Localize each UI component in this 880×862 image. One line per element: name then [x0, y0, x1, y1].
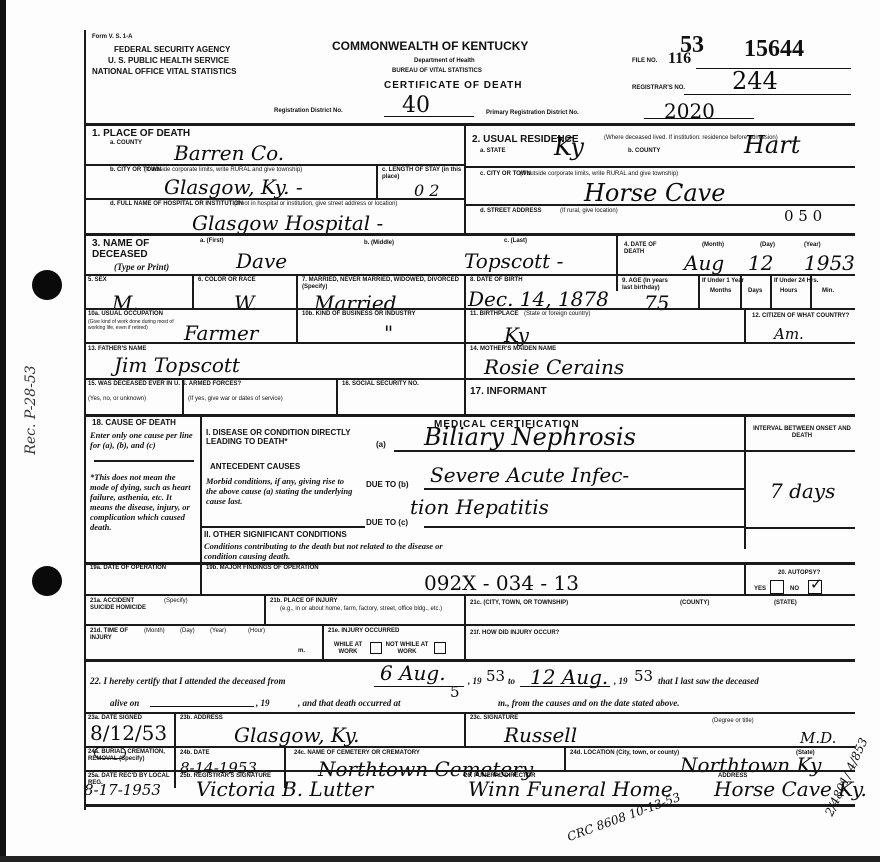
- year-prefix-2: , 19: [614, 676, 628, 686]
- autopsy-no-label: NO: [790, 586, 799, 593]
- funeral-director: Winn Funeral Home: [468, 778, 673, 800]
- last-name: Topscott -: [464, 250, 563, 272]
- state-title: COMMONWEALTH OF KENTUCKY: [332, 40, 528, 53]
- department: Department of Health: [414, 58, 475, 65]
- street-note: (If rural, give location): [560, 208, 618, 215]
- icd-code: 092X - 034 - 13: [424, 572, 579, 594]
- physician-address: Glasgow, Ky.: [234, 724, 360, 746]
- stay-label: c. LENGTH OF STAY (in this place): [382, 167, 462, 181]
- punch-hole-top: [32, 270, 62, 300]
- certify-text-4: , 19: [256, 698, 270, 708]
- residence-county: Hart: [744, 134, 800, 156]
- race: W.: [234, 292, 257, 314]
- op-findings-label: 19b. MAJOR FINDINGS OF OPERATION: [206, 565, 319, 572]
- hospital-name: Glasgow Hospital -: [192, 212, 383, 234]
- birthplace-note: (State or foreign country): [524, 311, 590, 318]
- father-label: 13. FATHER'S NAME: [88, 346, 146, 353]
- attended-from-year: 53: [486, 668, 505, 685]
- death-time: 5: [450, 684, 460, 701]
- death-county: Barren Co.: [174, 142, 284, 164]
- county-label: a. COUNTY: [110, 140, 142, 147]
- punch-hole-bottom: [32, 566, 62, 596]
- age-label: 9. AGE (In years last birthday): [622, 278, 672, 292]
- first-name-label: a. (First): [200, 238, 224, 245]
- location-label: 24d. LOCATION (City, town, or county): [570, 750, 679, 757]
- citizen: Am.: [774, 326, 804, 343]
- middle-name-label: b. (Middle): [364, 240, 394, 247]
- cause-line-a: Biliary Nephrosis: [424, 426, 636, 448]
- due-to-c-label: DUE TO (c): [366, 518, 408, 527]
- registrar-no-label: REGISTRAR'S NO.: [632, 85, 685, 92]
- disease-label: I. DISEASE OR CONDITION DIRECTLY LEADING…: [206, 428, 356, 446]
- injury-occurred-label: 21e. INJURY OCCURRED: [328, 628, 399, 635]
- first-name: Dave: [236, 250, 287, 272]
- year-label: (Year): [804, 242, 821, 249]
- death-year: 1953: [804, 252, 855, 274]
- agency-line-3: NATIONAL OFFICE VITAL STATISTICS: [92, 67, 236, 76]
- signature-label: 23c. SIGNATURE: [470, 715, 518, 722]
- at-work-checkbox[interactable]: [370, 642, 382, 654]
- month-label: (Month): [702, 242, 724, 249]
- file-no: 116: [668, 50, 691, 68]
- injury-county-label: (COUNTY): [680, 600, 709, 607]
- residence-city-note: (If outside corporate limits, write RURA…: [520, 171, 678, 178]
- death-day: 12: [748, 252, 773, 274]
- age: 75: [644, 292, 669, 314]
- burial-circled-mark: [94, 747, 126, 759]
- certify-text-5: , and that death occurred at: [298, 698, 401, 708]
- cemetery-label: 24c. NAME OF CEMETERY OR CREMATORY: [294, 750, 420, 757]
- to-label: to: [508, 676, 515, 686]
- date-received: 8-17-1953: [84, 782, 161, 799]
- primary-district-label: Primary Registration District No.: [486, 110, 579, 117]
- certificate-form: Form V. S. 1-A FEDERAL SECURITY AGENCY U…: [84, 30, 855, 830]
- file-no-label: FILE NO.: [632, 58, 657, 65]
- informant-label: 17. INFORMANT: [470, 386, 547, 397]
- armed-forces-note-2: (If yes, give war or dates of service): [188, 396, 283, 403]
- attended-from: 6 Aug.: [380, 662, 446, 684]
- year-prefix-1: , 19: [468, 676, 482, 686]
- industry-label: 10b. KIND OF BUSINESS OR INDUSTRY: [302, 311, 462, 318]
- degree-label: (Degree or title): [712, 718, 754, 725]
- injury-state-label: (STATE): [774, 600, 797, 607]
- time-of-injury-label: 21d. TIME OF INJURY: [90, 628, 140, 642]
- min-label: Min.: [822, 288, 834, 295]
- occupation-label: 10a. USUAL OCCUPATION: [88, 311, 163, 318]
- registration-district: 40: [402, 95, 430, 117]
- street-label: d. STREET ADDRESS: [480, 208, 541, 215]
- not-at-work-label: NOT WHILE AT WORK: [384, 642, 430, 656]
- months-label: Months: [710, 288, 731, 295]
- accident-label: 21a. ACCIDENT SUICIDE HOMICIDE: [90, 598, 160, 612]
- death-city: Glasgow, Ky. -: [164, 176, 303, 198]
- attended-to: 12 Aug.: [530, 666, 608, 688]
- citizen-label: 12. CITIZEN OF WHAT COUNTRY?: [752, 313, 852, 320]
- certify-text-3: alive on: [110, 698, 139, 708]
- time-year: (Year): [210, 628, 226, 635]
- autopsy-yes-checkbox[interactable]: [770, 580, 784, 594]
- form-number: Form V. S. 1-A: [92, 34, 132, 41]
- antecedent-label: ANTECEDENT CAUSES: [210, 462, 300, 471]
- hospital-note: (If not in hospital or institution, give…: [234, 201, 397, 208]
- due-to-b-label: DUE TO (b): [366, 480, 409, 489]
- bureau: BUREAU OF VITAL STATISTICS: [392, 68, 482, 75]
- interval-label: INTERVAL BETWEEN ONSET AND DEATH: [752, 426, 852, 440]
- time-month: (Month): [144, 628, 165, 635]
- marital-label: 7. MARRIED, NEVER MARRIED, WIDOWED, DIVO…: [302, 277, 462, 291]
- form-border-left: [84, 30, 86, 810]
- residence-state-label: a. STATE: [480, 148, 505, 155]
- cause-line-b: Severe Acute Infec-: [430, 464, 629, 486]
- sex-label: 5. SEX: [88, 277, 107, 284]
- registrar-signature: Victoria B. Lutter: [196, 778, 373, 800]
- place-of-injury-label: 21b. PLACE OF INJURY: [270, 598, 337, 605]
- residence-state: Ky: [554, 136, 584, 158]
- address-label: 23b. ADDRESS: [180, 715, 223, 722]
- line-a-label: (a): [376, 440, 386, 449]
- attended-to-year: 53: [634, 668, 653, 685]
- birthplace-label: 11. BIRTHPLACE: [470, 311, 518, 318]
- date-of-death-label: 4. DATE OF DEATH: [624, 242, 664, 256]
- time-hour: (Hour): [248, 628, 265, 635]
- scan-edge-bottom: [0, 856, 880, 862]
- registration-district-label: Registration District No.: [274, 108, 343, 115]
- not-at-work-checkbox[interactable]: [434, 642, 446, 654]
- date-signed: 8/12/53: [90, 722, 167, 744]
- armed-forces-label: 15. WAS DECEASED EVER IN U. S. ARMED FOR…: [88, 381, 288, 388]
- physician-signature: Russell: [504, 724, 577, 746]
- autopsy-check-mark: ✓: [810, 576, 823, 593]
- residence-city: Horse Cave: [584, 182, 725, 204]
- street-address: 0 5 0: [784, 208, 822, 225]
- hospital-label: d. FULL NAME OF HOSPITAL OR INSTITUTION: [110, 201, 243, 208]
- dob-label: 8. DATE OF BIRTH: [470, 277, 523, 284]
- how-injury-label: 21f. HOW DID INJURY OCCUR?: [470, 630, 559, 637]
- place-of-injury-note: (e.g., in or about home, farm, factory, …: [280, 606, 460, 613]
- other-conditions-label: II. OTHER SIGNIFICANT CONDITIONS: [204, 530, 347, 539]
- scan-edge-left: [0, 0, 6, 862]
- under-year-label: If Under 1 Year: [702, 278, 744, 285]
- mother-name: Rosie Cerains: [484, 356, 624, 378]
- time-m: m.: [298, 648, 305, 655]
- morbid-note: Morbid conditions, if any, giving rise t…: [206, 476, 356, 506]
- occupation-note: (Give kind of work done during most of w…: [88, 319, 188, 331]
- days-label: Days: [748, 288, 762, 295]
- burial-location: Northtown Ky: [680, 754, 821, 776]
- agency-line-2: U. S. PUBLIC HEALTH SERVICE: [108, 56, 229, 65]
- while-at-work-label: WHILE AT WORK: [328, 642, 368, 656]
- date-of-birth: Dec. 14, 1878: [468, 288, 609, 310]
- residence-county-label: b. COUNTY: [628, 148, 660, 155]
- injury-city-label: 21c. (CITY, TOWN, OR TOWNSHIP): [470, 600, 568, 607]
- stamp-number: 15644: [744, 36, 804, 63]
- cause-note: Enter only one cause per line for (a), (…: [90, 430, 196, 450]
- place-of-death-label: 1. PLACE OF DEATH: [92, 128, 190, 139]
- mother-label: 14. MOTHER'S MAIDEN NAME: [470, 346, 556, 353]
- autopsy-yes-label: YES: [754, 586, 766, 593]
- last-name-label: c. (Last): [504, 238, 527, 245]
- name-sub: (Type or Print): [114, 262, 169, 272]
- death-certificate-scan: Rec. P-28-53 Form V. S. 1-A FEDERAL SECU…: [0, 0, 880, 862]
- cause-of-death-label: 18. CAUSE OF DEATH: [92, 418, 176, 427]
- cause-footnote: *This does not mean the mode of dying, s…: [90, 472, 196, 532]
- ssn-label: 16. SOCIAL SECURITY NO.: [342, 381, 419, 388]
- day-label: (Day): [760, 242, 775, 249]
- physician-degree: M.D.: [800, 730, 836, 747]
- certificate-title: CERTIFICATE OF DEATH: [384, 80, 523, 91]
- certify-text-2: that I last saw the deceased: [658, 676, 759, 686]
- agency-line-1: FEDERAL SECURITY AGENCY: [114, 45, 230, 54]
- cause-line-b2: tion Hepatitis: [410, 496, 549, 518]
- armed-forces-note-1: (Yes, no, or unknown): [88, 396, 146, 403]
- city-note: (If outside corporate limits, write RURA…: [144, 167, 302, 174]
- certify-text-1: 22. I hereby certify that I attended the…: [90, 676, 285, 686]
- father-name: Jim Topscott: [114, 354, 240, 376]
- burial-date-label: 24b. DATE: [180, 750, 210, 757]
- registrar-no: 244: [732, 70, 778, 92]
- interval-value: 7 days: [770, 480, 835, 502]
- other-conditions-note: Conditions contributing to the death but…: [204, 541, 444, 561]
- occupation: Farmer: [184, 322, 258, 344]
- race-label: 6. COLOR OR RACE: [198, 277, 256, 284]
- name-label: 3. NAME OF DECEASED: [92, 238, 182, 260]
- op-date-label: 19a. DATE OF OPERATION: [90, 565, 190, 572]
- certify-text-6: m., from the causes and on the date stat…: [498, 698, 680, 708]
- accident-specify: (Specify): [164, 598, 188, 605]
- hours-label: Hours: [780, 288, 797, 295]
- death-month: Aug: [684, 252, 724, 274]
- industry: ": [384, 322, 393, 344]
- time-day: (Day): [180, 628, 195, 635]
